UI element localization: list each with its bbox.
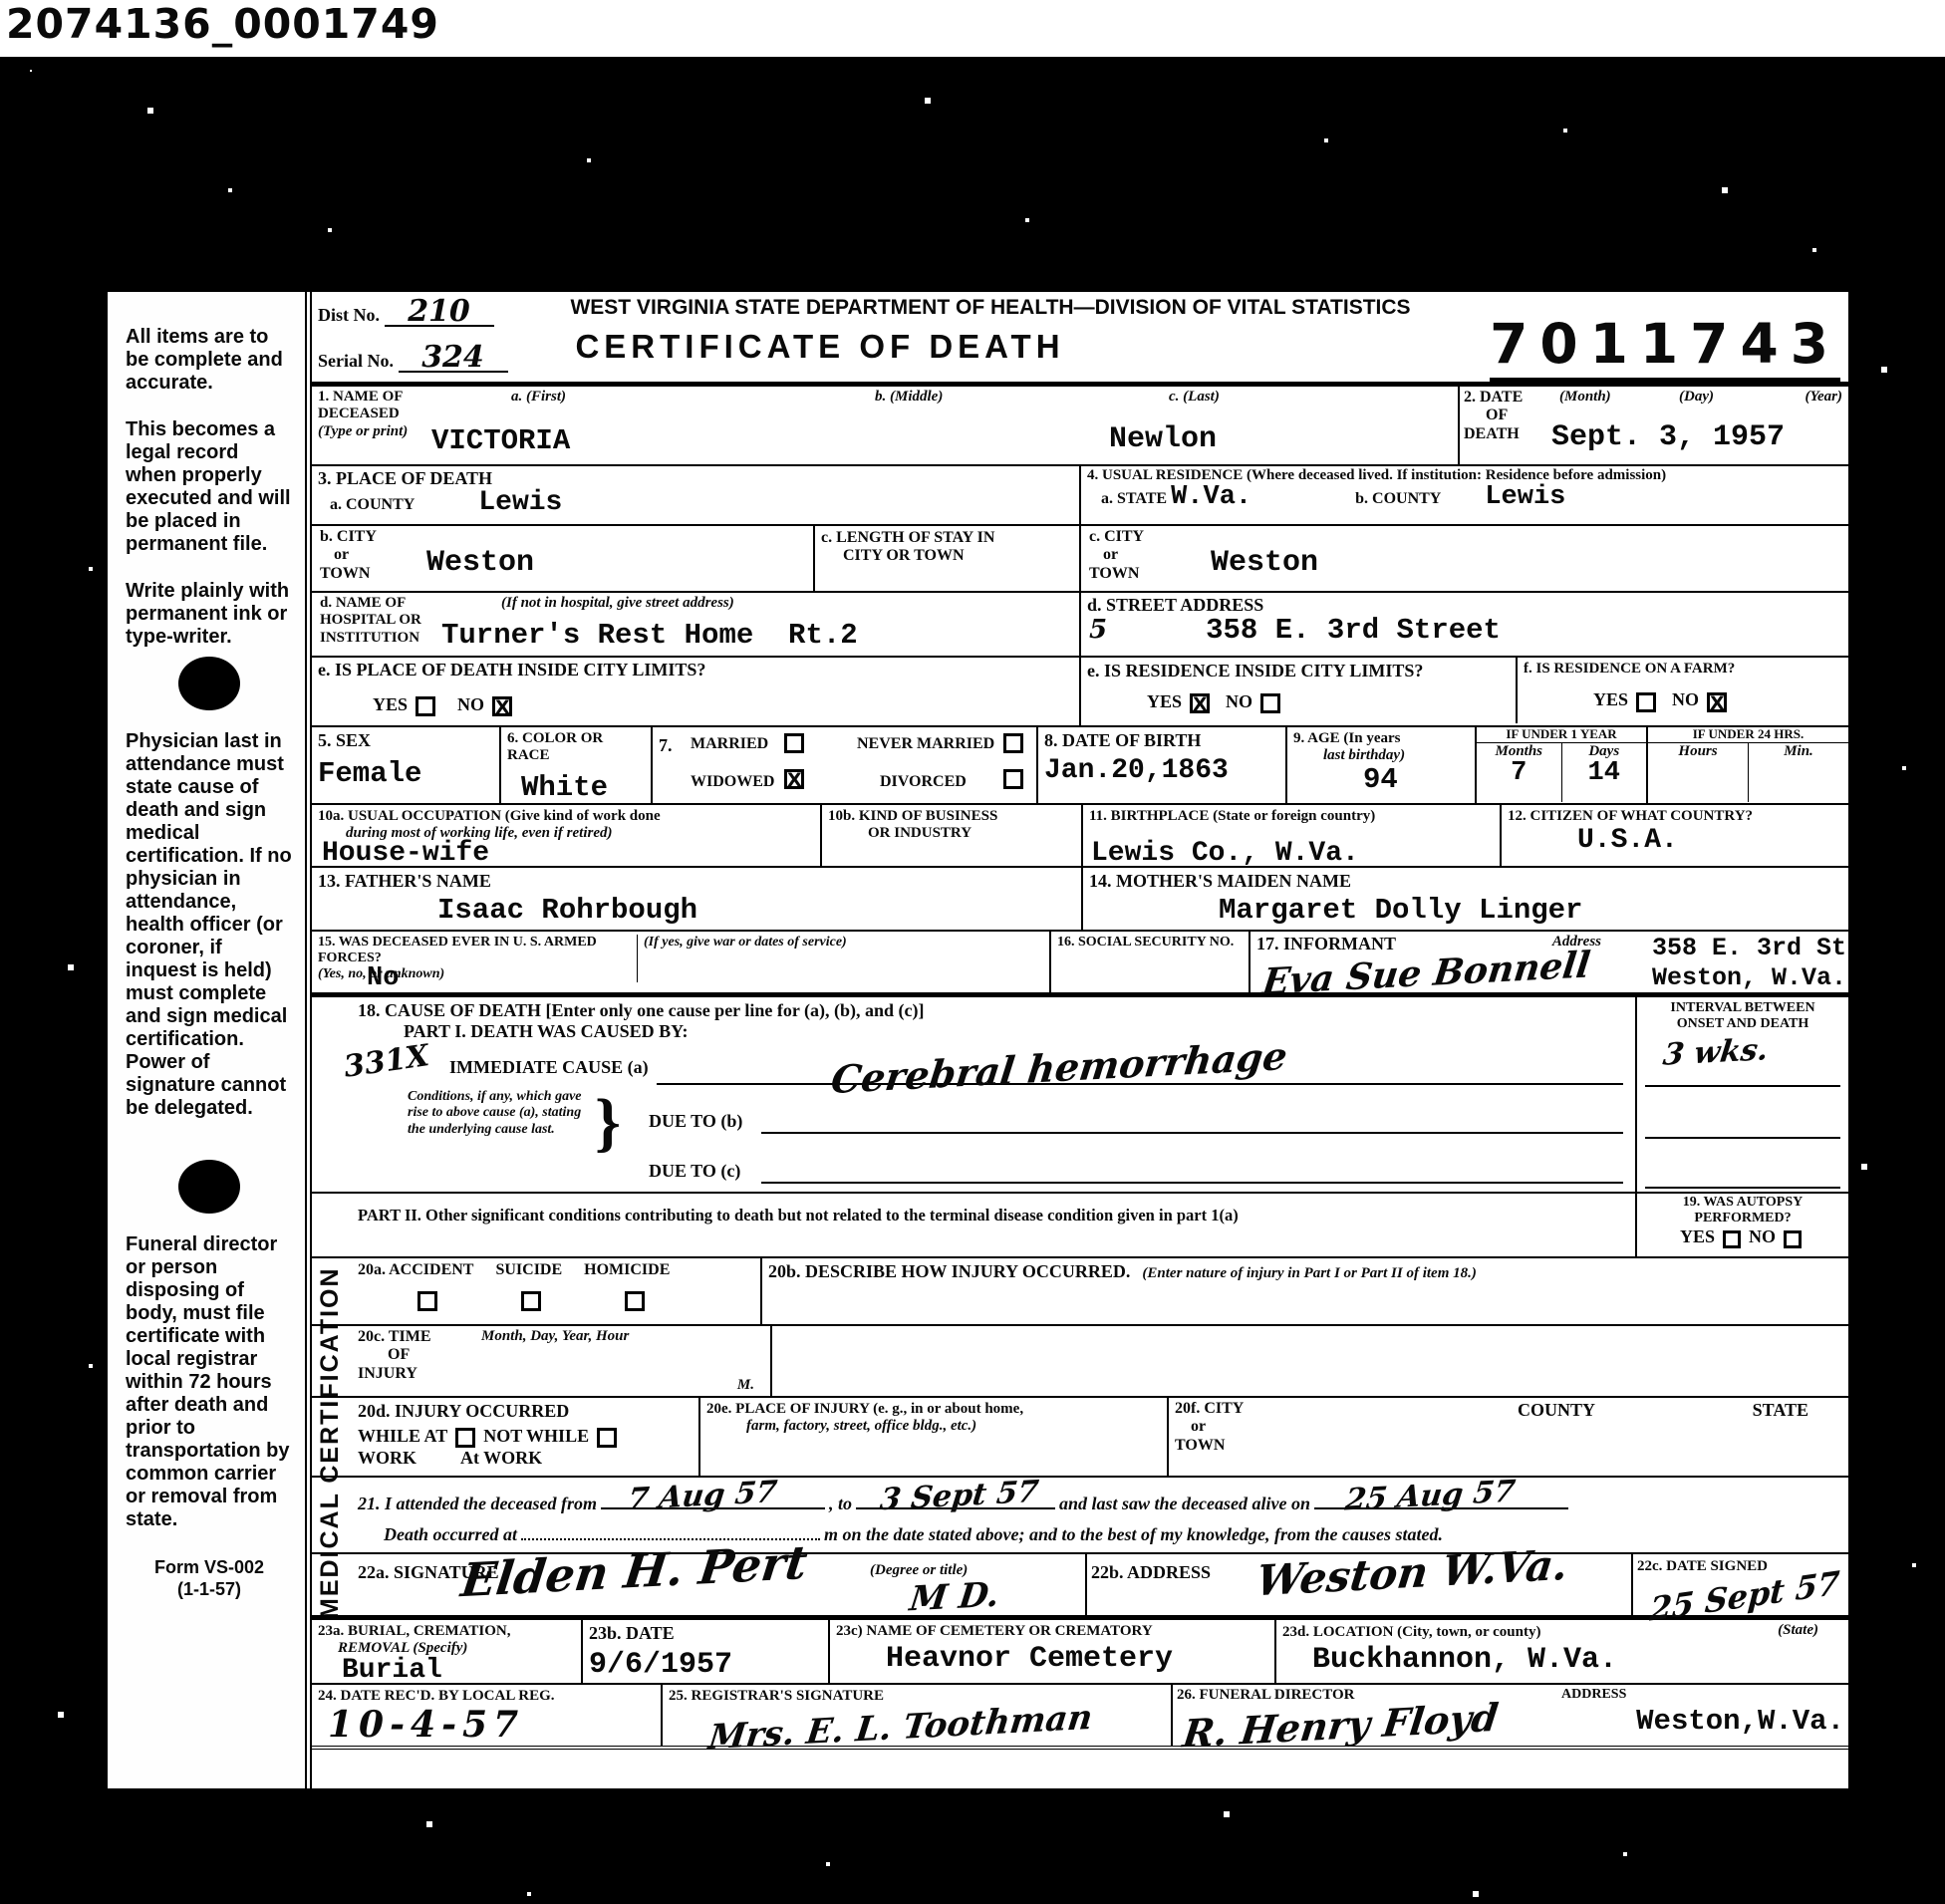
hours-label: Hours — [1648, 743, 1748, 760]
residence-street-label: d. STREET ADDRESS — [1087, 595, 1842, 616]
field-19-autopsy: 19. WAS AUTOPSY PERFORMED? YES NO — [1637, 1194, 1848, 1256]
field-20a-accident: 20a. ACCIDENT SUICIDE HOMICIDE — [312, 1258, 762, 1324]
field-20c-blank — [772, 1326, 1848, 1396]
middle-name-label: b. (Middle) — [875, 389, 943, 406]
interval-value: 3 wks. — [1661, 1031, 1843, 1071]
autopsy-yes-label: YES — [1680, 1226, 1715, 1246]
interval-line-c — [1645, 1187, 1840, 1189]
place-county-value: Lewis — [478, 487, 562, 518]
institution-label: d. NAME OF HOSPITAL OR INSTITUTION — [320, 595, 421, 647]
forces-label-2: (Yes, no, or unknown) — [318, 966, 637, 982]
suicide-label: SUICIDE — [495, 1261, 562, 1278]
first-name-value: VICTORIA — [431, 426, 570, 455]
attended-alive-line: 25 Aug 57 — [1314, 1494, 1568, 1509]
not-while-label: NOT WHILE — [483, 1426, 589, 1446]
punch-hole-top — [178, 657, 240, 710]
stay-label-1: c. LENGTH OF STAY IN — [821, 529, 1073, 547]
field-24-date-received: 24. DATE REC'D. BY LOCAL REG. 10-4-57 — [312, 1685, 663, 1746]
marital-label: 7. — [659, 735, 673, 756]
row-forces-ssn-informant: 15. WAS DECEASED EVER IN U. S. ARMED FOR… — [312, 932, 1848, 997]
interval-label-1: INTERVAL BETWEEN — [1643, 1000, 1842, 1016]
mother-label: 14. MOTHER'S MAIDEN NAME — [1089, 871, 1842, 892]
place-city-value: Weston — [426, 548, 534, 578]
row-cause-of-death: 18. CAUSE OF DEATH [Enter only one cause… — [312, 997, 1848, 1194]
certificate-form: MEDICAL CERTIFICATION Dist No. 210 Seria… — [305, 292, 1848, 1788]
age-label-2: last birthday) — [1323, 747, 1469, 764]
time-l2: OF — [388, 1346, 430, 1364]
margin-note-1: All items are to be complete and accurat… — [126, 326, 293, 395]
margin-note-4: Physician last in attendance must state … — [126, 730, 293, 1120]
row-20c: 20c. TIME OF INJURY Month, Day, Year, Ho… — [312, 1326, 1848, 1398]
farm-no-label: NO — [1672, 689, 1699, 709]
place-injury-label-1: 20e. PLACE OF INJURY (e. g., in or about… — [706, 1401, 1161, 1418]
married-label: MARRIED — [691, 735, 768, 753]
field-14-mother: 14. MOTHER'S MAIDEN NAME Margaret Dolly … — [1083, 868, 1848, 930]
dob-label: 8. DATE OF BIRTH — [1044, 730, 1279, 751]
due-to-b-label: DUE TO (b) — [649, 1111, 742, 1132]
forces-value: No — [367, 965, 399, 992]
never-married-checkbox — [1003, 733, 1023, 753]
injury-county-label: COUNTY — [1518, 1400, 1595, 1421]
conditions-brace: } — [595, 1085, 621, 1161]
autopsy-no-label: NO — [1749, 1226, 1776, 1246]
interval-label-2: ONSET AND DEATH — [1643, 1016, 1842, 1032]
describe-injury-note: (Enter nature of injury in Part I or Par… — [1142, 1265, 1476, 1281]
field-6-color-race: 6. COLOR OR RACE White — [501, 727, 653, 803]
residence-limits-farm-row: e. IS RESIDENCE INSIDE CITY LIMITS? YES … — [1081, 658, 1848, 723]
time-injury-label: 20c. TIME OF INJURY — [358, 1328, 430, 1383]
field-25-registrar: 25. REGISTRAR'S SIGNATURE Mrs. E. L. Too… — [663, 1685, 1173, 1746]
injury-state-label: STATE — [1753, 1400, 1808, 1421]
institution-value: Turner's Rest Home Rt.2 — [441, 621, 858, 650]
form-code: Form VS-002 (1-1-57) — [126, 1557, 293, 1600]
ssn-label: 16. SOCIAL SECURITY NO. — [1057, 935, 1243, 951]
field-3-place-of-death: 3. PLACE OF DEATH a. COUNTY Lewis b. CIT… — [312, 466, 1081, 725]
residence-county-label: b. COUNTY — [1355, 490, 1441, 507]
autopsy-yes-checkbox — [1723, 1230, 1741, 1248]
place-of-death-heading: 3. PLACE OF DEATH — [318, 468, 1073, 489]
field-8-date-of-birth: 8. DATE OF BIRTH Jan.20,1863 — [1038, 727, 1287, 803]
sex-label: 5. SEX — [318, 730, 493, 751]
injury-city-l3: TOWN — [1175, 1437, 1244, 1455]
attended-from-value: 7 Aug 57 — [626, 1478, 778, 1515]
place-county-label: a. COUNTY — [330, 496, 415, 513]
race-value: White — [521, 773, 645, 802]
funeral-address-value: Weston,W.Va. — [1636, 1707, 1844, 1736]
inst-l2: HOSPITAL OR — [320, 612, 421, 629]
field-15-armed-forces: 15. WAS DECEASED EVER IN U. S. ARMED FOR… — [312, 932, 1051, 992]
serial-no-value: 324 — [399, 344, 508, 373]
death-occurred-text: Death occurred at — [384, 1524, 517, 1544]
row-21-attended: 21. I attended the deceased from 7 Aug 5… — [312, 1478, 1848, 1554]
residence-city-row: c. CITY or TOWN Weston — [1081, 526, 1848, 593]
while-at-checkbox — [455, 1428, 475, 1448]
at-work-label: At WORK — [460, 1448, 542, 1468]
row-part2-autopsy: PART II. Other significant conditions co… — [312, 1194, 1848, 1258]
injury-city-l1: 20f. CITY — [1175, 1400, 1244, 1418]
dist-no-label: Dist No. — [318, 305, 380, 325]
field-12-citizen: 12. CITIZEN OF WHAT COUNTRY? U.S.A. — [1502, 805, 1848, 866]
divorced-label: DIVORCED — [880, 773, 967, 791]
field-23c-cemetery: 23c) NAME OF CEMETERY OR CREMATORY Heavn… — [830, 1620, 1276, 1683]
field-23d-location: 23d. LOCATION (City, town, or county) (S… — [1276, 1620, 1848, 1683]
residence-county-value: Lewis — [1485, 482, 1565, 512]
residence-street-row: d. STREET ADDRESS 5 358 E. 3rd Street — [1081, 593, 1848, 658]
paper-bottom-margin — [312, 1750, 1848, 1788]
under24-hours: Hours — [1648, 743, 1749, 802]
burial-date-label: 23b. DATE — [589, 1623, 822, 1644]
age-value: 94 — [1363, 765, 1469, 794]
not-while-checkbox — [597, 1428, 617, 1448]
margin-note-5: Funeral director or person disposing of … — [126, 1233, 293, 1531]
row-occupation-birthplace: 10a. USUAL OCCUPATION (Give kind of work… — [312, 805, 1848, 868]
place-institution-row: d. NAME OF HOSPITAL OR INSTITUTION (If n… — [312, 593, 1079, 658]
birthplace-value: Lewis Co., W.Va. — [1091, 840, 1359, 868]
field-13-father: 13. FATHER'S NAME Isaac Rohrbough — [312, 868, 1083, 930]
field-4f-residence-farm: f. IS RESIDENCE ON A FARM? YES NO X — [1518, 658, 1848, 723]
date-signed-label: 22c. DATE SIGNED — [1637, 1558, 1768, 1575]
injury-city-l2: or — [1191, 1418, 1244, 1436]
residence-limits-yes-checkbox: X — [1190, 693, 1210, 713]
field-10b-business: 10b. KIND OF BUSINESS OR INDUSTRY — [822, 805, 1083, 866]
farm-no-checkbox: X — [1707, 692, 1727, 712]
field-if-under-1-year: IF UNDER 1 YEAR Months 7 Days 14 — [1477, 727, 1648, 803]
residence-limits-no-label: NO — [1226, 691, 1252, 711]
accident-label: 20a. ACCIDENT — [358, 1261, 473, 1278]
place-city-l3: TOWN — [320, 565, 377, 583]
place-citylimits-row: e. IS PLACE OF DEATH INSIDE CITY LIMITS?… — [312, 658, 1079, 723]
residence-city-l1: c. CITY — [1089, 528, 1144, 546]
farm-yes-label: YES — [1593, 689, 1628, 709]
under1-months: Months 7 — [1477, 743, 1562, 802]
residence-state-row: 4. USUAL RESIDENCE (Where deceased lived… — [1081, 466, 1848, 526]
residence-street-value: 358 E. 3rd Street — [1206, 614, 1501, 647]
certificate-number-stamp: 7011743 — [1490, 312, 1840, 382]
attended-text-2: , to — [829, 1494, 852, 1513]
row-parents: 13. FATHER'S NAME Isaac Rohrbough 14. MO… — [312, 868, 1848, 932]
punch-hole-bottom — [178, 1160, 240, 1214]
field-23a-burial: 23a. BURIAL, CREMATION, REMOVAL (Specify… — [312, 1620, 583, 1683]
time-l1: 20c. TIME — [358, 1328, 430, 1346]
field-22a-signature: 22a. SIGNATURE Elden H. Pert (Degree or … — [312, 1554, 1087, 1615]
occupation-value: House-wife — [322, 840, 489, 868]
autopsy-label-2: PERFORMED? — [1641, 1211, 1844, 1226]
informant-address-line2: Weston, W.Va. — [1652, 965, 1846, 990]
registrar-signature: Mrs. E. L. Toothman — [706, 1697, 1167, 1755]
funeral-director-label: 26. FUNERAL DIRECTOR — [1177, 1687, 1355, 1704]
dob-value: Jan.20,1863 — [1044, 757, 1279, 785]
interval-line-b — [1645, 1137, 1840, 1139]
field-9-age: 9. AGE (In years last birthday) 94 — [1287, 727, 1477, 803]
institution-note: (If not in hospital, give street address… — [501, 595, 734, 612]
field-17-informant: 17. INFORMANT Address Eva Sue Bonnell 35… — [1250, 932, 1848, 992]
part2-text: PART II. Other significant conditions co… — [358, 1207, 1629, 1225]
birthplace-label: 11. BIRTHPLACE (State or foreign country… — [1089, 808, 1494, 825]
day-label: (Day) — [1679, 389, 1714, 406]
cause-heading: 18. CAUSE OF DEATH [Enter only one cause… — [358, 1000, 1629, 1021]
field-26-funeral-director: 26. FUNERAL DIRECTOR ADDRESS R. Henry Fl… — [1173, 1685, 1848, 1746]
interval-column: INTERVAL BETWEEN ONSET AND DEATH 3 wks. — [1637, 997, 1848, 1192]
name-label-2: DECEASED — [318, 406, 408, 422]
department-title: WEST VIRGINIA STATE DEPARTMENT OF HEALTH… — [461, 296, 1520, 320]
time-l3: INJURY — [358, 1365, 430, 1383]
last-name-value: Newlon — [1109, 424, 1217, 454]
widowed-label: WIDOWED — [691, 773, 774, 791]
business-label-2: OR INDUSTRY — [868, 825, 1075, 842]
last-name-label: c. (Last) — [1169, 389, 1220, 406]
age-label-1: 9. AGE (In years — [1293, 730, 1469, 747]
attended-alive-value: 25 Aug 57 — [1343, 1477, 1517, 1515]
place-county-row: 3. PLACE OF DEATH a. COUNTY Lewis — [312, 466, 1079, 526]
form-code-line1: Form VS-002 — [126, 1557, 293, 1579]
residence-state-label: a. STATE — [1101, 490, 1167, 507]
residence-limits-yes-label: YES — [1147, 691, 1182, 711]
describe-injury-label: 20b. DESCRIBE HOW INJURY OCCURRED. — [768, 1261, 1130, 1281]
forces-label-3: (If yes, give war or dates of service) — [637, 935, 847, 982]
under24-heading: IF UNDER 24 HRS. — [1648, 727, 1848, 743]
interval-line-a — [1645, 1085, 1840, 1087]
field-11-birthplace: 11. BIRTHPLACE (State or foreign country… — [1083, 805, 1502, 866]
place-limits-yes-checkbox — [416, 696, 435, 716]
father-label: 13. FATHER'S NAME — [318, 871, 1075, 892]
date-received-value: 10-4-57 — [328, 1707, 655, 1743]
field-22c-date-signed: 22c. DATE SIGNED 25 Sept 57 — [1633, 1554, 1848, 1615]
inst-l3: INSTITUTION — [320, 630, 421, 647]
injury-city-label: 20f. CITY or TOWN — [1175, 1400, 1244, 1455]
field-18-cause-of-death: 18. CAUSE OF DEATH [Enter only one cause… — [312, 997, 1637, 1192]
place-city-cell: b. CITY or TOWN Weston — [312, 526, 815, 591]
field-1-name-of-deceased: 1. NAME OF DECEASED (Type or print) a. (… — [312, 387, 1460, 464]
stay-label-2: CITY OR TOWN — [843, 547, 1073, 565]
row-name-date: 1. NAME OF DECEASED (Type or print) a. (… — [312, 387, 1848, 466]
cemetery-label: 23c) NAME OF CEMETERY OR CREMATORY — [836, 1623, 1268, 1640]
homicide-label: HOMICIDE — [584, 1261, 670, 1278]
min-label: Min. — [1749, 743, 1848, 760]
widowed-checkbox: X — [784, 769, 804, 789]
farm-question: f. IS RESIDENCE ON A FARM? — [1524, 661, 1842, 678]
residence-limits-question: e. IS RESIDENCE INSIDE CITY LIMITS? — [1087, 661, 1510, 681]
field-4-usual-residence: 4. USUAL RESIDENCE (Where deceased lived… — [1081, 466, 1848, 725]
place-limits-question: e. IS PLACE OF DEATH INSIDE CITY LIMITS? — [318, 660, 1073, 680]
time-injury-note: Month, Day, Year, Hour — [481, 1328, 629, 1345]
street-stray-mark: 5 — [1089, 615, 1107, 645]
row-20a-20b: 20a. ACCIDENT SUICIDE HOMICIDE 20b. DESC… — [312, 1258, 1848, 1326]
autopsy-no-checkbox — [1784, 1230, 1802, 1248]
father-value: Isaac Rohrbough — [437, 896, 1075, 925]
location-label: 23d. LOCATION (City, town, or county) — [1282, 1624, 1540, 1640]
mother-value: Margaret Dolly Linger — [1219, 896, 1842, 925]
margin-note-2: This becomes a legal record when properl… — [126, 418, 293, 556]
field-23b-date: 23b. DATE 9/6/1957 — [583, 1620, 830, 1683]
year-label: (Year) — [1806, 389, 1843, 406]
inst-l1: d. NAME OF — [320, 595, 421, 612]
place-city-l1: b. CITY — [320, 528, 377, 546]
attended-to-line: 3 Sept 57 — [856, 1494, 1055, 1509]
attended-to-value: 3 Sept 57 — [878, 1478, 1040, 1516]
date-of-death-label: 2. DATE OF DEATH — [1464, 389, 1523, 443]
date-label-1: 2. DATE — [1464, 389, 1523, 407]
name-label-1: 1. NAME OF — [318, 389, 408, 406]
field-20e-place-of-injury: 20e. PLACE OF INJURY (e. g., in or about… — [700, 1398, 1169, 1476]
field-7-marital-status: 7. MARRIED NEVER MARRIED WIDOWED X DIVOR… — [653, 727, 1038, 803]
row-place-residence: 3. PLACE OF DEATH a. COUNTY Lewis b. CIT… — [312, 466, 1848, 727]
serial-no-label: Serial No. — [318, 351, 394, 371]
date-label-2: OF — [1486, 407, 1523, 424]
cause-code-handwritten: 331X — [342, 1042, 430, 1084]
burial-value: Burial — [342, 1657, 442, 1685]
forces-label-1: 15. WAS DECEASED EVER IN U. S. ARMED FOR… — [318, 935, 637, 966]
suicide-checkbox — [521, 1291, 541, 1311]
autopsy-label-1: 19. WAS AUTOPSY — [1641, 1195, 1844, 1211]
physician-address-label: 22b. ADDRESS — [1091, 1562, 1211, 1583]
under1-heading: IF UNDER 1 YEAR — [1477, 727, 1646, 743]
location-state-label: (State) — [1778, 1622, 1818, 1639]
death-occurred-text-2: m on the date stated above; and to the b… — [824, 1524, 1443, 1544]
residence-city-label: c. CITY or TOWN — [1089, 528, 1144, 583]
field-if-under-24-hrs: IF UNDER 24 HRS. Hours Min. — [1648, 727, 1848, 803]
funeral-address-label: ADDRESS — [1561, 1687, 1626, 1703]
immediate-cause-label: IMMEDIATE CAUSE (a) — [449, 1057, 649, 1078]
row-22-signature: 22a. SIGNATURE Elden H. Pert (Degree or … — [312, 1554, 1848, 1620]
place-limits-no-checkbox: X — [492, 696, 512, 716]
burial-date-value: 9/6/1957 — [589, 1650, 822, 1680]
under24-min: Min. — [1749, 743, 1848, 802]
race-label: 6. COLOR OR RACE — [507, 730, 645, 765]
residence-city-l3: TOWN — [1089, 565, 1144, 583]
informant-signature: Eva Sue Bonnell — [1260, 947, 1592, 999]
residence-limits-cell: e. IS RESIDENCE INSIDE CITY LIMITS? YES … — [1081, 658, 1518, 723]
due-to-c-label: DUE TO (c) — [649, 1161, 740, 1182]
name-label-3: (Type or print) — [318, 423, 408, 440]
attended-text-3: and last saw the deceased alive on — [1059, 1494, 1310, 1513]
form-code-line2: (1-1-57) — [126, 1579, 293, 1601]
row-24-26: 24. DATE REC'D. BY LOCAL REG. 10-4-57 25… — [312, 1685, 1848, 1750]
citizen-value: U.S.A. — [1577, 827, 1842, 855]
funeral-director-signature: R. Henry Floyd — [1181, 1699, 1501, 1754]
conditions-note: Conditions, if any, which gave rise to a… — [408, 1089, 592, 1137]
time-injury-m: M. — [737, 1377, 754, 1394]
row-20def: 20d. INJURY OCCURRED WHILE AT NOT WHILE … — [312, 1398, 1848, 1478]
divorced-checkbox — [1003, 769, 1023, 789]
margin-note-3: Write plainly with permanent ink or type… — [126, 580, 293, 649]
date-received-label: 24. DATE REC'D. BY LOCAL REG. — [318, 1688, 655, 1705]
sex-value: Female — [318, 759, 493, 788]
injury-occurred-label: 20d. INJURY OCCURRED — [358, 1401, 693, 1422]
row-sex-race-birth: 5. SEX Female 6. COLOR OR RACE White 7. … — [312, 727, 1848, 805]
months-value: 7 — [1477, 760, 1561, 787]
field-2-date-of-death: 2. DATE OF DEATH (Month) (Day) (Year) Se… — [1460, 387, 1848, 464]
cemetery-value: Heavnor Cemetery — [886, 1644, 1268, 1674]
citizen-label: 12. CITIZEN OF WHAT COUNTRY? — [1508, 808, 1842, 825]
attended-text-1: 21. I attended the deceased from — [358, 1494, 597, 1513]
field-20f-city-county-state: 20f. CITY or TOWN COUNTY STATE — [1169, 1398, 1848, 1476]
first-name-label: a. (First) — [511, 389, 566, 406]
date-label-3: DEATH — [1464, 425, 1523, 443]
location-value: Buckhannon, W.Va. — [1312, 1645, 1842, 1675]
days-value: 14 — [1562, 760, 1647, 787]
farm-yes-checkbox — [1636, 692, 1656, 712]
residence-city-value: Weston — [1211, 548, 1318, 578]
under1-days: Days 14 — [1562, 743, 1647, 802]
residence-city-l2: or — [1103, 546, 1144, 564]
residence-state-value: W.Va. — [1171, 482, 1251, 512]
due-to-c-line — [761, 1181, 1623, 1184]
informant-label: 17. INFORMANT — [1256, 934, 1396, 954]
scan-noise — [30, 70, 32, 72]
business-label-1: 10b. KIND OF BUSINESS — [828, 808, 1075, 825]
scan-id: 2074136_0001749 — [6, 0, 439, 48]
place-city-label: b. CITY or TOWN — [320, 528, 377, 583]
place-injury-label-2: farm, factory, street, office bldg., etc… — [746, 1418, 1161, 1435]
accident-checkbox — [417, 1291, 437, 1311]
field-22b-address: 22b. ADDRESS Weston W.Va. — [1087, 1554, 1633, 1615]
field-5-sex: 5. SEX Female — [312, 727, 501, 803]
field-20b-describe-injury: 20b. DESCRIBE HOW INJURY OCCURRED. (Ente… — [762, 1258, 1848, 1324]
homicide-checkbox — [625, 1291, 645, 1311]
place-limits-yes-label: YES — [373, 694, 408, 714]
place-city-row: b. CITY or TOWN Weston c. LENGTH OF STAY… — [312, 526, 1079, 593]
married-checkbox — [784, 733, 804, 753]
attended-from-line: 7 Aug 57 — [601, 1494, 825, 1509]
degree-value: M D. — [908, 1578, 1001, 1617]
date-of-death-value: Sept. 3, 1957 — [1551, 422, 1785, 452]
place-city-l2: or — [334, 546, 377, 564]
place-limits-no-label: NO — [457, 694, 484, 714]
occupation-label-1: 10a. USUAL OCCUPATION (Give kind of work… — [318, 808, 814, 825]
name-label: 1. NAME OF DECEASED (Type or print) — [318, 389, 408, 440]
death-certificate-document: All items are to be complete and accurat… — [108, 292, 1848, 1788]
scanner-top-band: 2074136_0001749 — [0, 0, 1945, 57]
part1-label: PART I. DEATH WAS CAUSED BY: — [404, 1021, 1629, 1042]
informant-address-line1: 358 E. 3rd St — [1652, 936, 1846, 960]
field-20c-time-of-injury: 20c. TIME OF INJURY Month, Day, Year, Ho… — [312, 1326, 772, 1396]
length-of-stay-cell: c. LENGTH OF STAY IN CITY OR TOWN — [815, 526, 1079, 591]
margin-instructions: All items are to be complete and accurat… — [108, 292, 305, 1788]
due-to-b-line — [761, 1131, 1623, 1134]
residence-limits-no-checkbox — [1260, 693, 1280, 713]
part2-text-cell: PART II. Other significant conditions co… — [312, 1194, 1637, 1256]
certificate-title: CERTIFICATE OF DEATH — [541, 328, 1099, 366]
row-23-burial: 23a. BURIAL, CREMATION, REMOVAL (Specify… — [312, 1620, 1848, 1685]
field-10a-occupation: 10a. USUAL OCCUPATION (Give kind of work… — [312, 805, 822, 866]
burial-label-1: 23a. BURIAL, CREMATION, — [318, 1623, 575, 1640]
while-at-label: WHILE AT — [358, 1426, 447, 1446]
never-married-label: NEVER MARRIED — [857, 735, 994, 753]
serial-no: Serial No. 324 — [318, 344, 508, 373]
field-16-ssn: 16. SOCIAL SECURITY NO. — [1051, 932, 1250, 992]
immediate-cause-line: Cerebral hemorrhage — [657, 1043, 1623, 1085]
work-label: WORK — [358, 1448, 417, 1468]
field-20d-injury-occurred: 20d. INJURY OCCURRED WHILE AT NOT WHILE … — [312, 1398, 700, 1476]
month-label: (Month) — [1559, 389, 1611, 406]
form-header: Dist No. 210 Serial No. 324 WEST VIRGINI… — [312, 292, 1848, 387]
